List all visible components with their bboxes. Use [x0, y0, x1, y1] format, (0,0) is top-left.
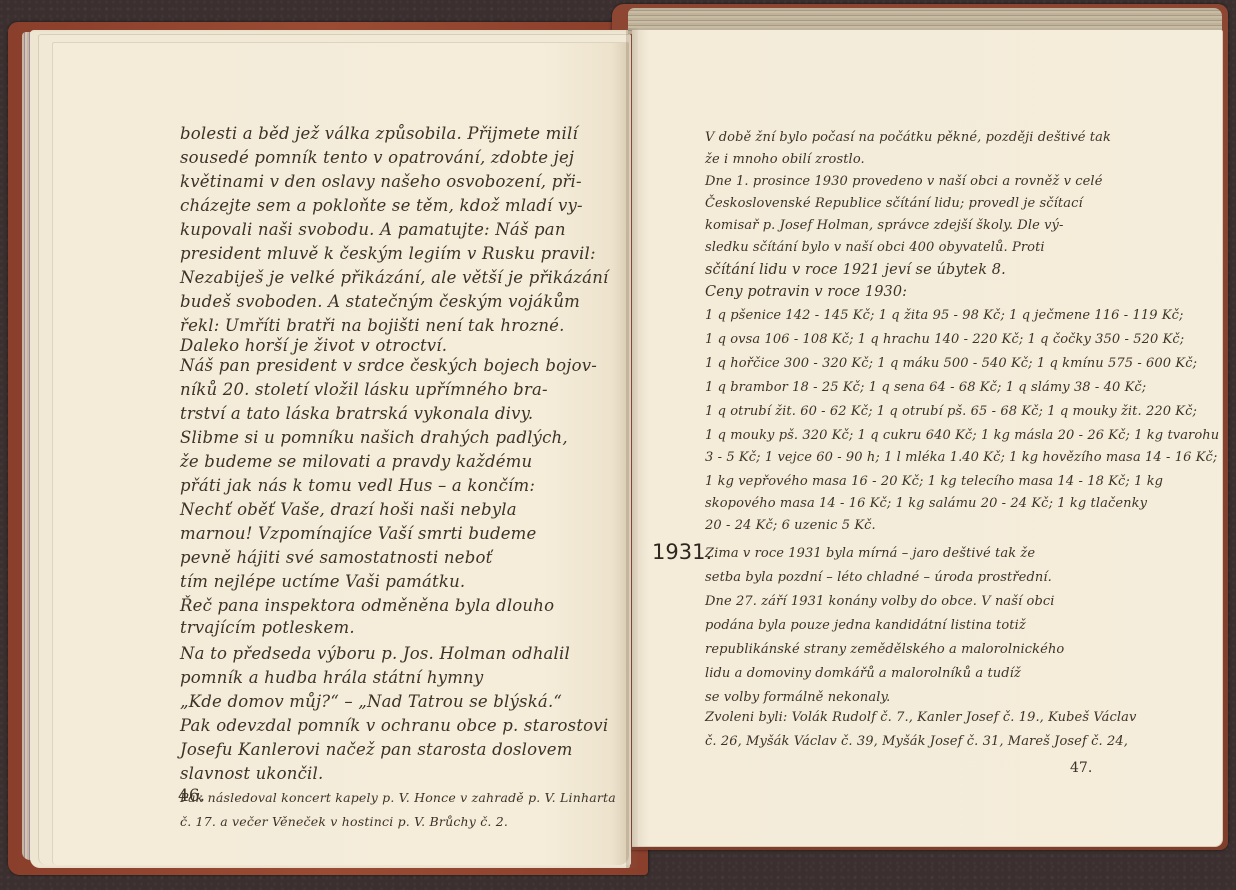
- text-line: sčítání lidu v roce 1921 jeví se úbytek …: [705, 262, 1006, 278]
- price-line: 20 - 24 Kč; 6 uzenic 5 Kč.: [705, 518, 876, 533]
- text-line: pomník a hudba hrála státní hymny: [180, 668, 483, 687]
- text-line: Nechť oběť Vaše, drazí hoši naši nebyla: [180, 500, 517, 519]
- year-heading-1931: 1931.: [652, 540, 712, 564]
- text-line: slavnost ukončil.: [180, 764, 323, 783]
- text-line: sledku sčítání bylo v naší obci 400 obyv…: [705, 240, 1045, 255]
- text-line: se volby formálně nekonaly.: [705, 690, 890, 705]
- text-line: Zima v roce 1931 byla mírná – jaro dešti…: [705, 546, 1035, 561]
- price-line: 1 q mouky pš. 320 Kč; 1 q cukru 640 Kč; …: [705, 428, 1219, 443]
- text-line: Dne 27. září 1931 konány volby do obce. …: [705, 594, 1055, 609]
- text-line: sousedé pomník tento v opatrování, zdobt…: [180, 148, 574, 167]
- price-line: 1 q ovsa 106 - 108 Kč; 1 q hrachu 140 - …: [705, 332, 1184, 347]
- text-line: kupovali naši svobodu. A pamatujte: Náš …: [180, 220, 566, 239]
- text-line: že i mnoho obilí zrostlo.: [705, 152, 865, 167]
- text-line: tím nejlépe uctíme Vaši památku.: [180, 572, 465, 591]
- book-gutter: [626, 28, 638, 868]
- text-line: budeš svoboden. A statečným českým voják…: [180, 292, 580, 311]
- text-line: Náš pan president v srdce českých bojech…: [180, 356, 597, 375]
- text-line: bolesti a běd jež válka způsobila. Přijm…: [180, 124, 578, 143]
- text-line: president mluvě k českým legiím v Rusku …: [180, 244, 596, 263]
- text-line: trství a tato láska bratrská vykonala di…: [180, 404, 533, 423]
- text-line: republikánské strany zemědělského a malo…: [705, 642, 1064, 657]
- page-number-right: 47.: [1070, 760, 1092, 776]
- text-line: Zvoleni byli: Volák Rudolf č. 7., Kanler…: [705, 710, 1136, 725]
- text-line: Na to předseda výboru p. Jos. Holman odh…: [180, 644, 570, 663]
- text-line: Dne 1. prosince 1930 provedeno v naší ob…: [705, 174, 1103, 189]
- price-line: 3 - 5 Kč; 1 vejce 60 - 90 h; 1 l mléka 1…: [705, 450, 1217, 465]
- text-line: Slibme si u pomníku našich drahých padlý…: [180, 428, 568, 447]
- text-line: setba byla pozdní – léto chladné – úroda…: [705, 570, 1052, 585]
- price-line: 1 q pšenice 142 - 145 Kč; 1 q žita 95 - …: [705, 308, 1184, 323]
- text-line: Josefu Kanlerovi načež pan starosta dosl…: [180, 740, 573, 759]
- price-line: 1 kg vepřového masa 16 - 20 Kč; 1 kg tel…: [705, 474, 1163, 489]
- price-line: 1 q brambor 18 - 25 Kč; 1 q sena 64 - 68…: [705, 380, 1146, 395]
- text-line: řekl: Umříti bratři na bojišti není tak …: [180, 316, 565, 335]
- price-line: skopového masa 14 - 16 Kč; 1 kg salámu 2…: [705, 496, 1147, 511]
- text-line: č. 26, Myšák Václav č. 39, Myšák Josef č…: [705, 734, 1128, 749]
- text-line: č. 17. a večer Věneček v hostinci p. V. …: [180, 814, 508, 829]
- text-line: trvajícím potleskem.: [180, 618, 355, 637]
- text-line: níků 20. století vložil lásku upřímného …: [180, 380, 548, 399]
- text-line: Pak následoval koncert kapely p. V. Honc…: [180, 790, 616, 805]
- text-line: pevně hájiti své samostatnosti neboť: [180, 548, 492, 567]
- text-line: přáti jak nás k tomu vedl Hus – a končím…: [180, 476, 535, 495]
- price-line: 1 q hořčice 300 - 320 Kč; 1 q máku 500 -…: [705, 356, 1197, 371]
- text-line: V době žní bylo počasí na počátku pěkné,…: [705, 130, 1111, 145]
- text-line: Pak odevzdal pomník v ochranu obce p. st…: [180, 716, 608, 735]
- text-line: Nezabiješ je velké přikázání, ale větší …: [180, 268, 609, 287]
- text-line: „Kde domov můj?“ – „Nad Tatrou se blýská…: [180, 692, 562, 711]
- text-line: květinami v den oslavy našeho osvobození…: [180, 172, 582, 191]
- text-line: Řeč pana inspektora odměněna byla dlouho: [180, 596, 554, 615]
- text-line: že budeme se milovati a pravdy každému: [180, 452, 532, 471]
- text-line: podána byla pouze jedna kandidátní listi…: [705, 618, 1026, 633]
- page-number-left: 46.: [178, 786, 205, 806]
- price-line: 1 q otrubí žit. 60 - 62 Kč; 1 q otrubí p…: [705, 404, 1197, 419]
- text-line: Československé Republice sčítání lidu; p…: [705, 196, 1083, 211]
- text-line: lidu a domoviny domkářů a malorolníků a …: [705, 666, 1021, 681]
- text-line: Ceny potravin v roce 1930:: [705, 284, 907, 300]
- text-line: komisař p. Josef Holman, správce zdejší …: [705, 218, 1064, 233]
- text-line: marnou! Vzpomínajíce Vaší smrti budeme: [180, 524, 536, 543]
- text-line: Daleko horší je život v otroctví.: [180, 336, 447, 355]
- text-line: cházejte sem a pokloňte se těm, kdož mla…: [180, 196, 583, 215]
